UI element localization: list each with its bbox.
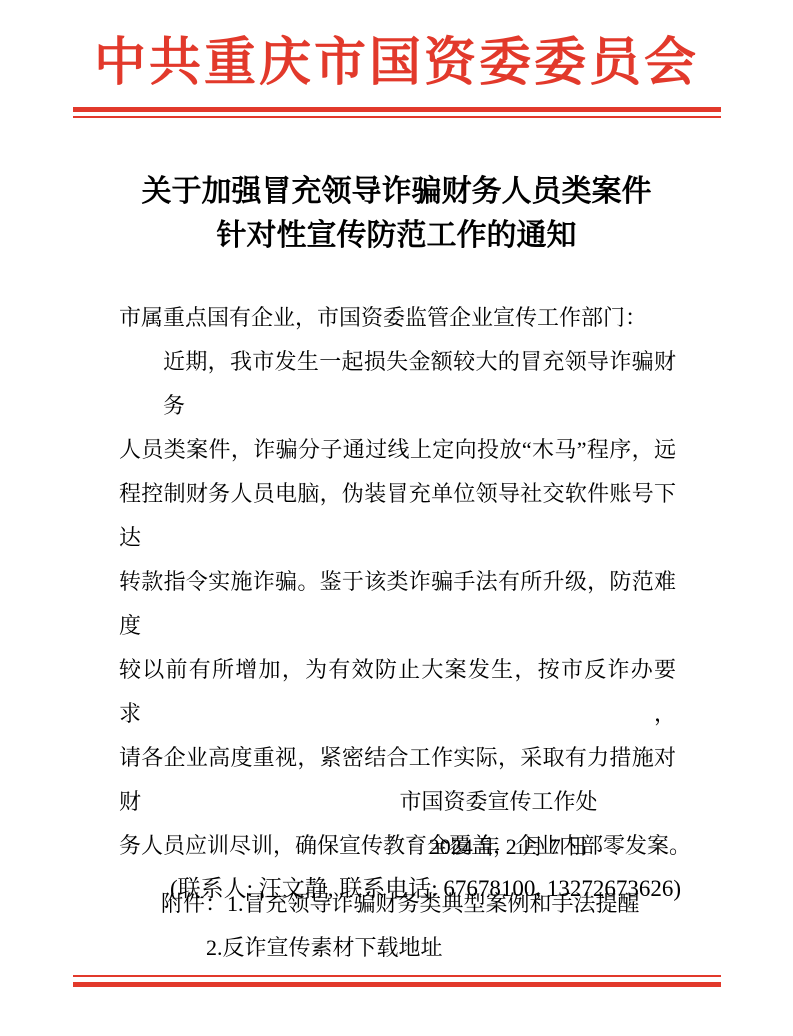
document-page: 中共重庆市国资委委员会 关于加强冒充领导诈骗财务人员类案件 针对性宣传防范工作的… — [0, 0, 793, 1036]
signature-date: 2024 年 2 月 7 日 — [224, 824, 793, 869]
body-line: 人员类案件，诈骗分子通过线上定向投放“木马”程序，远 — [119, 428, 676, 472]
footer-rule-thick — [73, 982, 721, 987]
contact-info: (联系人: 汪文静, 联系电话: 67678100, 13272673626) — [58, 869, 793, 909]
body-line: 转款指令实施诈骗。鉴于该类诈骗手法有所升级，防范难度 — [119, 560, 676, 648]
document-title-line1: 关于加强冒充领导诈骗财务人员类案件 — [0, 170, 793, 214]
document-title-line2: 针对性宣传防范工作的通知 — [0, 214, 793, 258]
letterhead-org-name: 中共重庆市国资委委员会 — [0, 28, 793, 100]
signature-block: 市国资委宣传工作处 2024 年 2 月 7 日 (联系人: 汪文静, 联系电话… — [0, 780, 793, 909]
letterhead-rule-thin — [73, 116, 721, 118]
footer-rule-thin — [73, 975, 721, 977]
salutation-line: 市属重点国有企业，市国资委监管企业宣传工作部门： — [119, 296, 676, 340]
document-title: 关于加强冒充领导诈骗财务人员类案件 针对性宣传防范工作的通知 — [0, 170, 793, 258]
signature-department: 市国资委宣传工作处 — [204, 780, 793, 824]
attachment-line-2: 2.反诈宣传素材下载地址 — [119, 926, 676, 970]
body-line: 程控制财务人员电脑，伪装冒充单位领导社交软件账号下达 — [119, 472, 676, 560]
body-line: 较以前有所增加，为有效防止大案发生，按市反诈办要求， — [119, 648, 676, 736]
body-line: 近期，我市发生一起损失金额较大的冒充领导诈骗财务 — [119, 340, 676, 428]
letterhead-rule-thick — [73, 107, 721, 112]
